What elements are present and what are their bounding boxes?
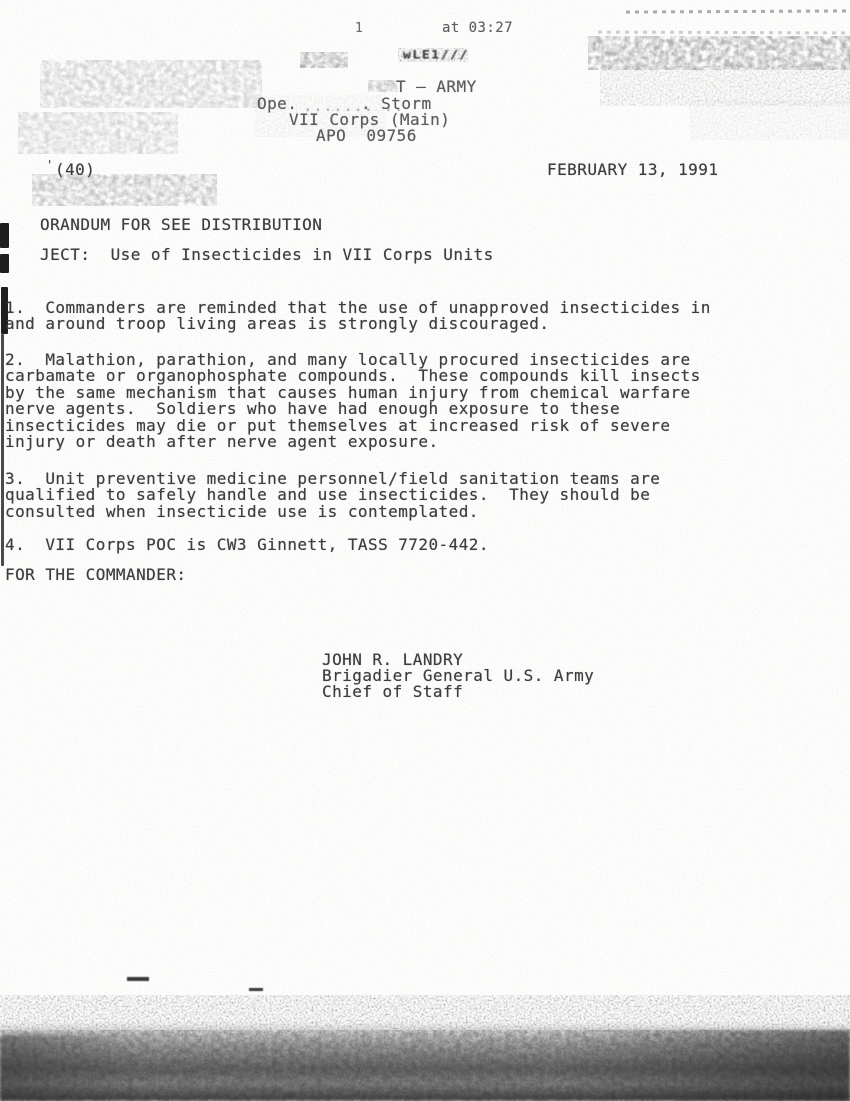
fax-garbled-fragment: wLE1/// [403,49,469,63]
scanned-memo-page: 1 at 03:27 wLE1/// T – ARMY Ope. .......… [0,0,850,1101]
signature-title: Chief of Staff [322,684,463,700]
letterhead-army-line: T – ARMY [396,79,477,95]
ref-tick-mark: ' [46,157,54,173]
smudge-top-right-1 [588,36,850,70]
scribble-line-top-right-1 [626,9,848,13]
binding-mark-2 [0,254,9,273]
scribble-line-top-right-2 [598,31,850,35]
paragraph-2: 2. Malathion, parathion, and many locall… [5,352,701,450]
stray-dash-1 [127,977,149,981]
closing-line: FOR THE COMMANDER: [5,567,187,583]
bottom-scan-band-left [0,1035,140,1101]
smudge-mid-header [300,52,348,68]
binding-mark-1 [0,223,9,248]
paragraph-4: 4. VII Corps POC is CW3 Ginnett, TASS 77… [5,537,489,553]
reference-number: (40) [55,162,95,178]
paragraph-3: 3. Unit preventive medicine personnel/fi… [5,471,660,520]
smudge-top-right-2 [600,66,850,106]
date-line: FEBRUARY 13, 1991 [547,162,718,178]
memorandum-for-line: ORANDUM FOR SEE DISTRIBUTION [40,217,322,233]
paragraph-1: 1. Commanders are reminded that the use … [5,300,711,333]
fax-time-fragment: at 03:27 [442,20,513,36]
binding-line [1,334,4,566]
bottom-scan-band-right [560,1030,850,1101]
smudge-right-trail [690,100,850,140]
subject-line: JECT: Use of Insecticides in VII Corps U… [40,247,494,263]
stray-dash-2 [249,988,263,991]
fax-page-number: 1 [355,21,363,37]
smudge-before-army [368,80,398,92]
smudge-left-header-2 [18,112,178,154]
smudge-left-header-1 [40,60,262,108]
letterhead-apo-line: APO 09756 [316,128,417,144]
